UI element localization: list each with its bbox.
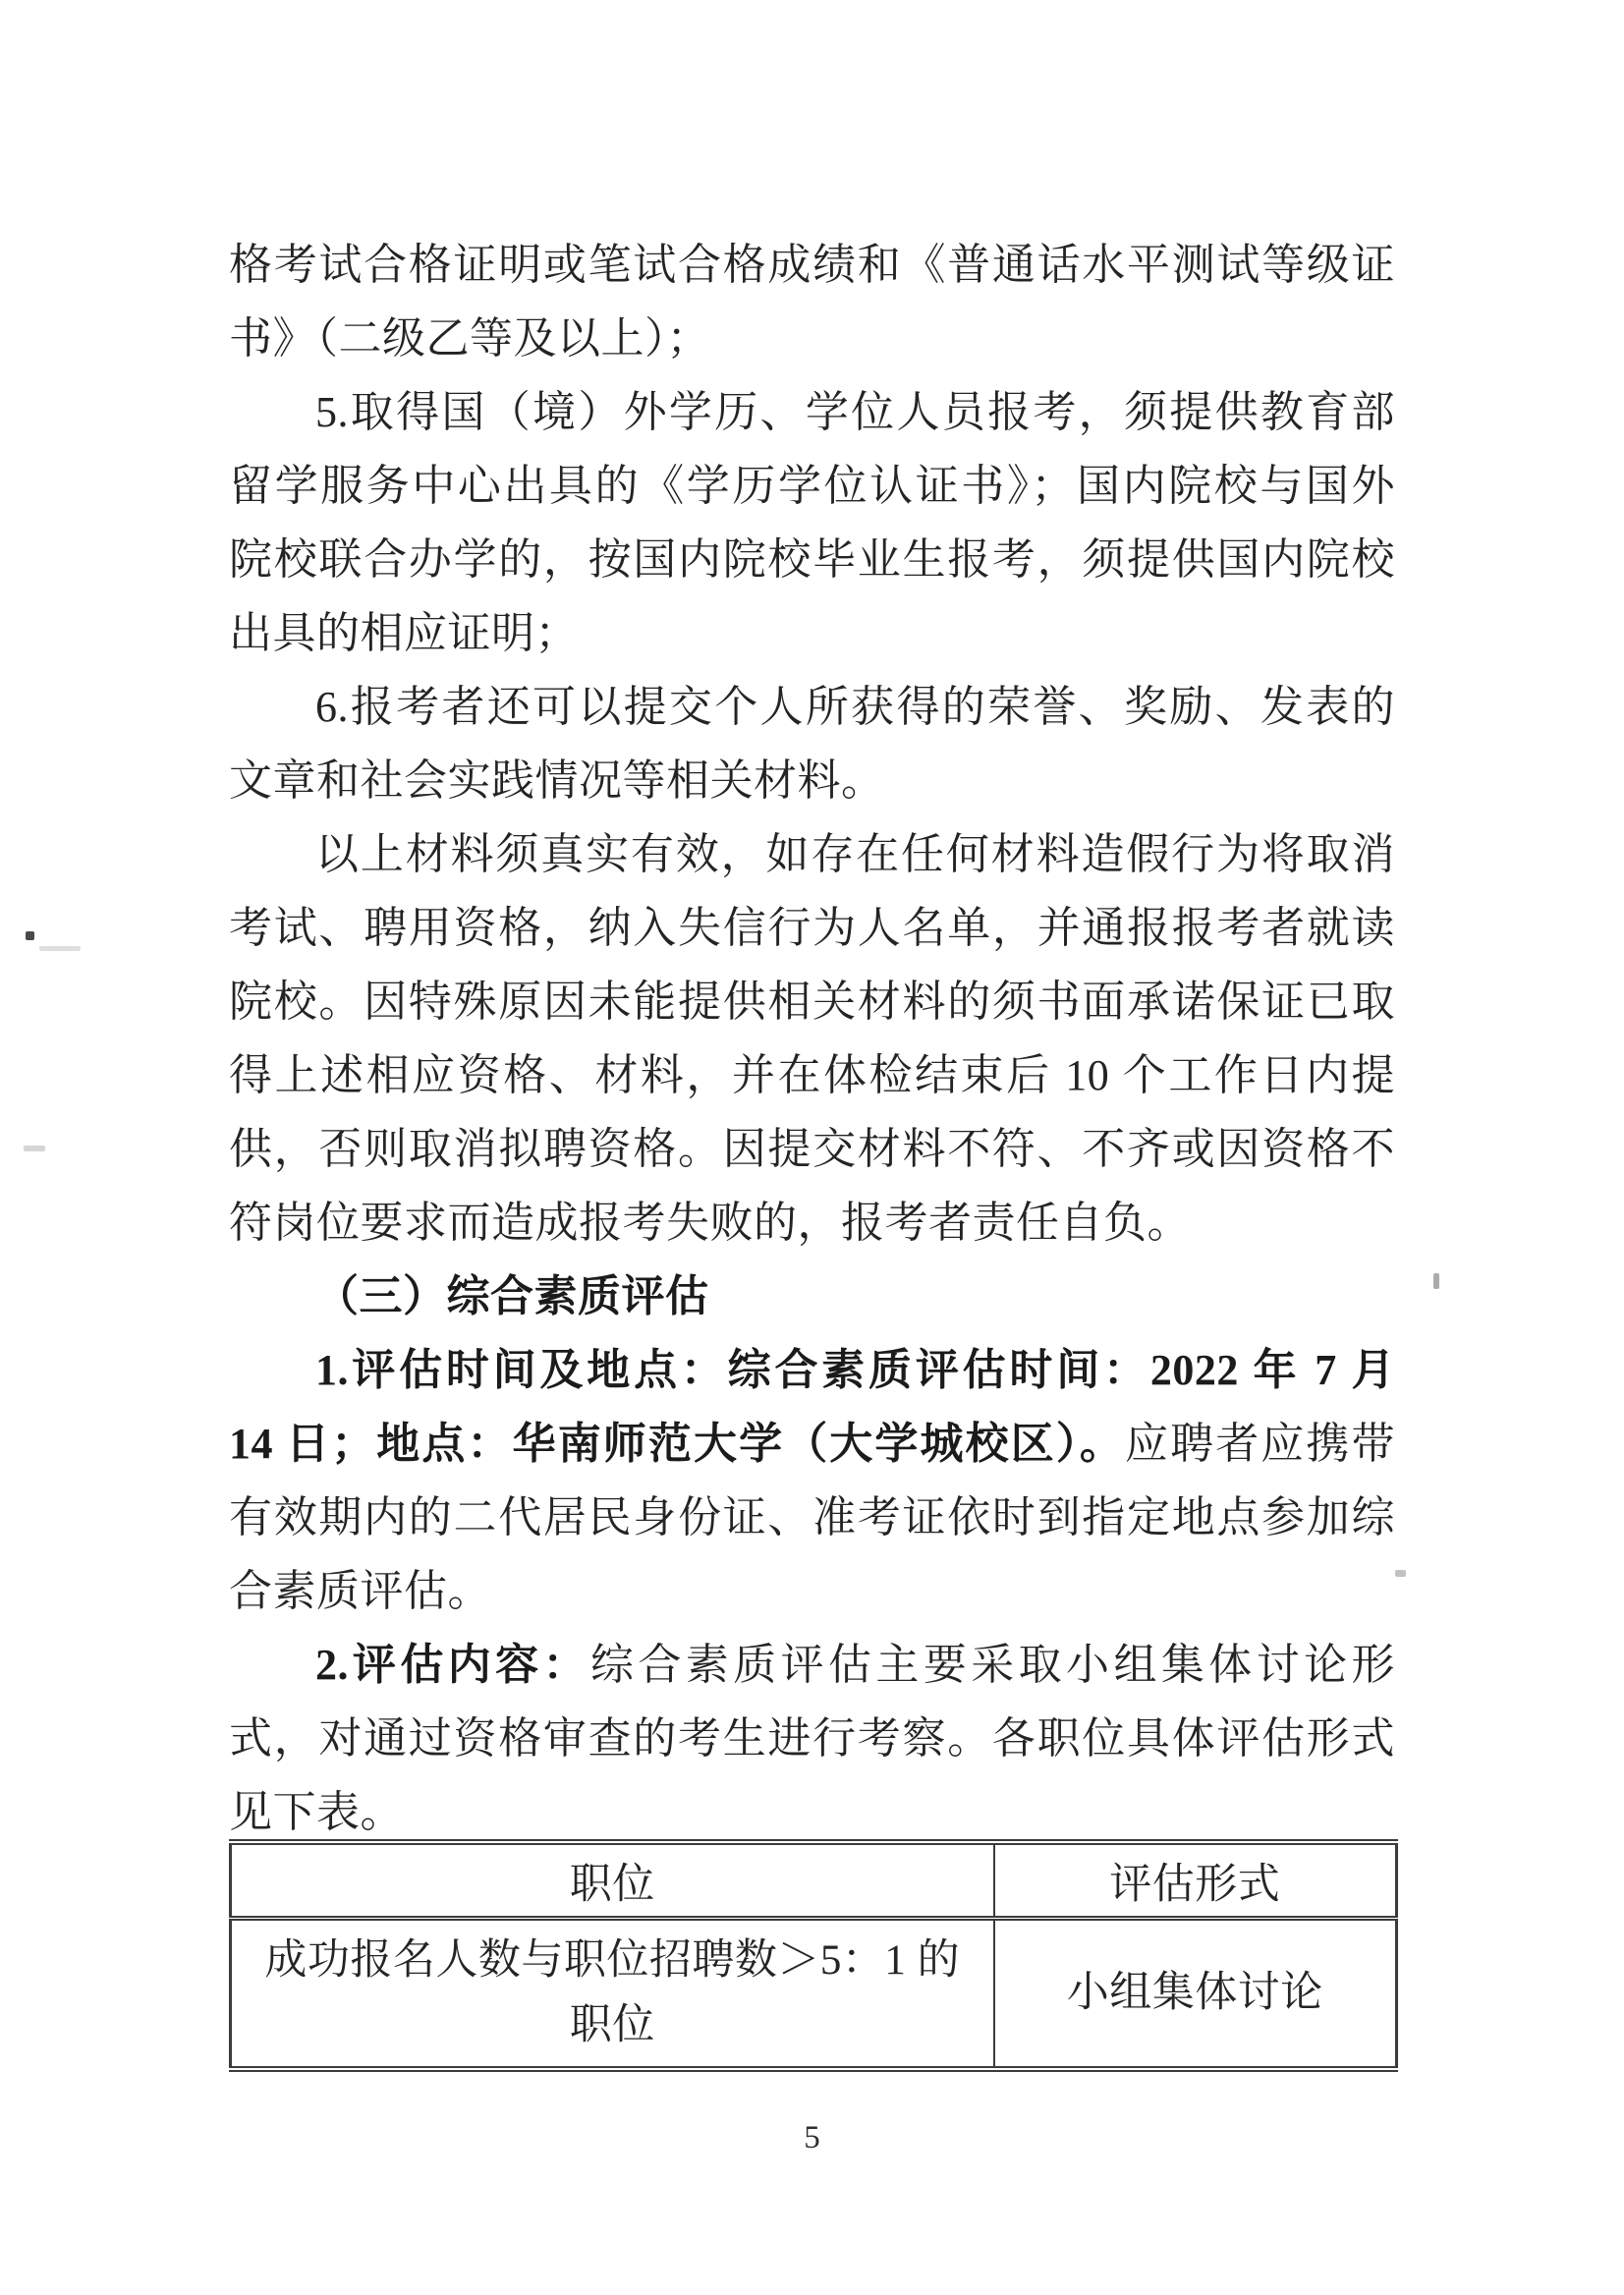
text-line: 留学服务中心出具的《学历学位认证书》；国内院校与国外 — [229, 449, 1395, 523]
table-body: 成功报名人数与职位招聘数＞5：1 的 职位小组集体讨论 — [231, 1919, 1397, 2070]
text-line: 考试、聘用资格，纳入失信行为人名单，并通报报考者就读 — [229, 891, 1395, 965]
text-segment: 合素质评估。 — [229, 1567, 491, 1615]
text-segment: 考试、聘用资格，纳入失信行为人名单，并通报报考者就读 — [229, 904, 1395, 952]
text-segment: 应聘者应携带 — [1125, 1420, 1395, 1468]
text-line: 以上材料须真实有效，如存在任何材料造假行为将取消 — [229, 817, 1395, 891]
text-line: （三）综合素质评估 — [229, 1259, 1395, 1333]
text-line: 有效期内的二代居民身份证、准考证依时到指定地点参加综 — [229, 1481, 1395, 1554]
text-segment: 符岗位要求而造成报考失败的，报考者责任自负。 — [229, 1199, 1191, 1247]
text-line: 见下表。 — [229, 1775, 1395, 1849]
text-segment-bold: 2.评估内容： — [315, 1641, 590, 1689]
text-line: 院校。因特殊原因未能提供相关材料的须书面承诺保证已取 — [229, 965, 1395, 1038]
text-line: 合素质评估。 — [229, 1554, 1395, 1628]
text-segment: 得上述相应资格、材料，并在体检结束后 10 个工作日内提 — [229, 1051, 1395, 1099]
table-header-cell: 评估形式 — [994, 1842, 1397, 1919]
text-line: 2.评估内容：综合素质评估主要采取小组集体讨论形 — [229, 1628, 1395, 1702]
scan-speck — [39, 946, 81, 951]
text-segment: 6.报考者还可以提交个人所获得的荣誉、奖励、发表的 — [315, 683, 1395, 731]
text-segment: 有效期内的二代居民身份证、准考证依时到指定地点参加综 — [229, 1493, 1395, 1541]
table-row: 成功报名人数与职位招聘数＞5：1 的 职位小组集体讨论 — [231, 1919, 1397, 2070]
text-line: 院校联合办学的，按国内院校毕业生报考，须提供国内院校 — [229, 523, 1395, 596]
text-line: 文章和社会实践情况等相关材料。 — [229, 744, 1395, 817]
page-number: 5 — [0, 2120, 1624, 2156]
table-header-row: 职位评估形式 — [231, 1842, 1397, 1919]
table-header-cell: 职位 — [231, 1842, 994, 1919]
text-segment: 供，否则取消拟聘资格。因提交材料不符、不齐或因资格不 — [229, 1125, 1395, 1173]
text-segment: 院校联合办学的，按国内院校毕业生报考，须提供国内院校 — [229, 535, 1395, 584]
table-cell-assessment-format: 小组集体讨论 — [994, 1919, 1397, 2070]
text-segment: 出具的相应证明； — [229, 609, 579, 657]
text-segment: 留学服务中心出具的《学历学位认证书》；国内院校与国外 — [229, 462, 1395, 510]
text-segment: 5.取得国（境）外学历、学位人员报考，须提供教育部 — [315, 388, 1395, 436]
text-line: 14 日；地点：华南师范大学（大学城校区）。应聘者应携带 — [229, 1407, 1395, 1481]
text-segment-bold: 14 日；地点：华南师范大学（大学城校区）。 — [229, 1420, 1125, 1468]
text-segment: 文章和社会实践情况等相关材料。 — [229, 756, 885, 805]
text-line: 供，否则取消拟聘资格。因提交材料不符、不齐或因资格不 — [229, 1112, 1395, 1186]
document-text: 格考试合格证明或笔试合格成绩和《普通话水平测试等级证书》（二级乙等及以上）；5.… — [229, 228, 1395, 1849]
scan-speck — [26, 931, 34, 940]
text-line: 出具的相应证明； — [229, 596, 1395, 670]
text-line: 书》（二级乙等及以上）； — [229, 302, 1395, 375]
text-line: 格考试合格证明或笔试合格成绩和《普通话水平测试等级证 — [229, 228, 1395, 302]
text-line: 符岗位要求而造成报考失败的，报考者责任自负。 — [229, 1186, 1395, 1259]
text-segment: 综合素质评估主要采取小组集体讨论形 — [590, 1641, 1395, 1689]
text-segment: 以上材料须真实有效，如存在任何材料造假行为将取消 — [315, 830, 1395, 878]
scan-speck — [1433, 1273, 1439, 1289]
text-line: 5.取得国（境）外学历、学位人员报考，须提供教育部 — [229, 375, 1395, 449]
table-cell-position: 成功报名人数与职位招聘数＞5：1 的 职位 — [231, 1919, 994, 2070]
text-segment: 格考试合格证明或笔试合格成绩和《普通话水平测试等级证 — [229, 241, 1395, 289]
text-segment-bold: （三）综合素质评估 — [315, 1272, 709, 1320]
text-line: 6.报考者还可以提交个人所获得的荣誉、奖励、发表的 — [229, 670, 1395, 744]
text-segment: 院校。因特殊原因未能提供相关材料的须书面承诺保证已取 — [229, 978, 1395, 1026]
text-line: 得上述相应资格、材料，并在体检结束后 10 个工作日内提 — [229, 1038, 1395, 1112]
text-segment: 式，对通过资格审查的考生进行考察。各职位具体评估形式 — [229, 1714, 1395, 1763]
text-segment: 见下表。 — [229, 1788, 404, 1836]
text-segment: 书》（二级乙等及以上）； — [229, 314, 710, 363]
scan-speck — [24, 1146, 45, 1151]
document-page: 格考试合格证明或笔试合格成绩和《普通话水平测试等级证书》（二级乙等及以上）；5.… — [0, 0, 1624, 2295]
scan-speck — [1395, 1570, 1406, 1577]
assessment-format-table: 职位评估形式 成功报名人数与职位招聘数＞5：1 的 职位小组集体讨论 — [229, 1839, 1398, 2072]
text-segment-bold: 1.评估时间及地点：综合素质评估时间：2022 年 7 月 — [315, 1346, 1395, 1394]
text-line: 1.评估时间及地点：综合素质评估时间：2022 年 7 月 — [229, 1333, 1395, 1407]
text-line: 式，对通过资格审查的考生进行考察。各职位具体评估形式 — [229, 1702, 1395, 1775]
